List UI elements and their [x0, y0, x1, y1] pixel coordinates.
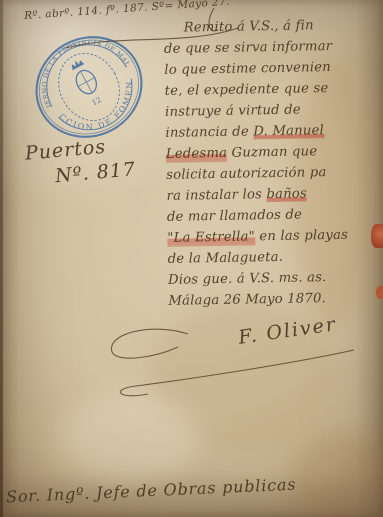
paper-highlight [60, 390, 200, 480]
line-text: solicita autorización pa [166, 165, 327, 183]
line-text: de la Malagueta. [168, 250, 284, 267]
margin-note: Puertos Nº. 817 [24, 133, 137, 189]
stamp-number: 12 [90, 95, 103, 108]
line-text: lo que estime convenien [164, 60, 331, 78]
red-underlined-text: "La Estrella" [167, 229, 255, 247]
line-text: Málaga 26 Mayo 1870. [168, 291, 326, 309]
crown-icon [69, 57, 84, 70]
red-underlined-text: D. Manuel [253, 123, 324, 140]
line-text: instruye á virtud de [165, 103, 301, 120]
letter-body: Remito á V.S., á fin de que se sirva inf… [163, 14, 383, 312]
binding-edge [0, 0, 3, 517]
file-number: Nº. 817 [54, 158, 137, 187]
manuscript-page: GOBIERNO DE LA PROVINCIA DE MALAGA · SEC… [0, 0, 383, 517]
line-text: Dios gue. á V.S. ms. as. [168, 270, 327, 288]
red-underlined-text: baños [266, 186, 307, 203]
line-text: en las playas [255, 228, 348, 245]
addressee-line: Sor. Ingº. Jefe de Obras publicas [6, 475, 297, 507]
paper-stain [290, 430, 383, 517]
line-text: de que se sirva informar [164, 39, 332, 57]
line-text: ra instalar los [166, 187, 266, 204]
signature-underline-flourish [120, 350, 354, 396]
line-text: Guzman que [227, 144, 317, 161]
line-text: Remito á V.S., á fin [184, 18, 314, 35]
line-text: de mar llamados de [167, 208, 302, 225]
line-text: te, el expediente que se [165, 81, 329, 99]
rubric-curve [111, 329, 188, 358]
signature: F. Oliver [237, 313, 338, 349]
line-text: instancia de [165, 124, 253, 141]
letter-line: Málaga 26 Mayo 1870. [168, 287, 383, 312]
red-underlined-text: Ledesma [166, 146, 228, 163]
